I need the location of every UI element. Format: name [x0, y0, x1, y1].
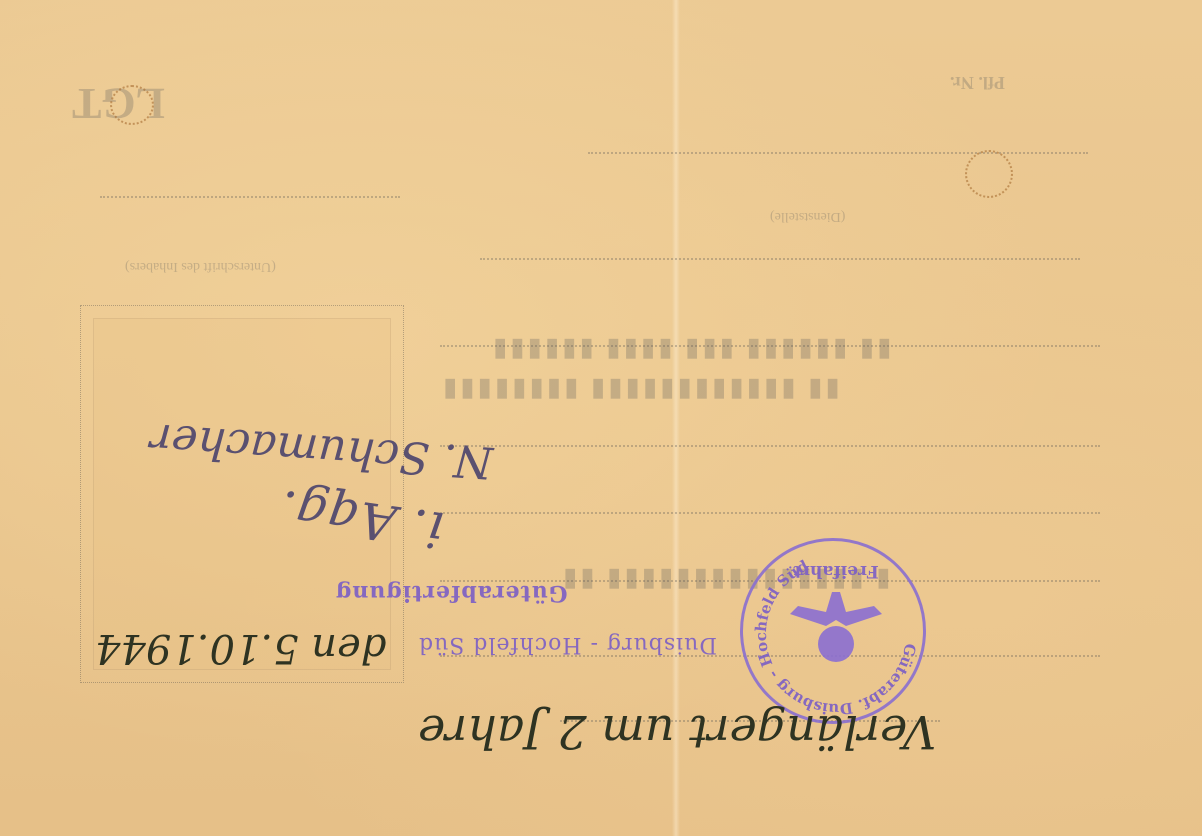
- rect-stamp-line2: Güterabfertigung: [335, 580, 568, 606]
- faint-rule: [588, 152, 1088, 154]
- handwritten-extension-note: Verlängert um 2 Jahre: [418, 705, 936, 759]
- faint-rule: [480, 258, 1080, 260]
- round-stamp: Güterabf. Duisburg - Hochfeld Süd Freifa…: [740, 538, 926, 724]
- faint-print-top-right: Pfl. Nr.: [950, 72, 1005, 93]
- round-stamp-inner-text: Freifahrt: [749, 561, 923, 581]
- rust-mark: [965, 150, 1013, 198]
- faint-rule: [440, 445, 1100, 447]
- faint-rule: [440, 512, 1100, 514]
- faint-form-line: ▮▮ ▮▮▮▮▮▮▮▮▮▮▮▮ ▮▮▮▮▮▮▮▮: [440, 375, 840, 405]
- handwritten-date: den 5.10.1944: [95, 625, 386, 671]
- postcard: LGT Pfl. Nr. (Unterschrift des Inhabers)…: [0, 0, 1202, 836]
- faint-rule: [100, 196, 400, 198]
- rust-mark: [110, 85, 154, 125]
- faint-form-line: ▮▮ ▮▮▮▮▮▮ ▮▮▮ ▮▮▮▮ ▮▮▮▮▮▮: [490, 335, 891, 365]
- faint-caption-mid: (Dienststelle): [770, 208, 845, 224]
- eagle-emblem-icon: [786, 586, 886, 666]
- faint-caption-left: (Unterschrift des Inhabers): [125, 258, 276, 274]
- rect-stamp-line1: Duisburg - Hochfeld Süd: [418, 632, 717, 657]
